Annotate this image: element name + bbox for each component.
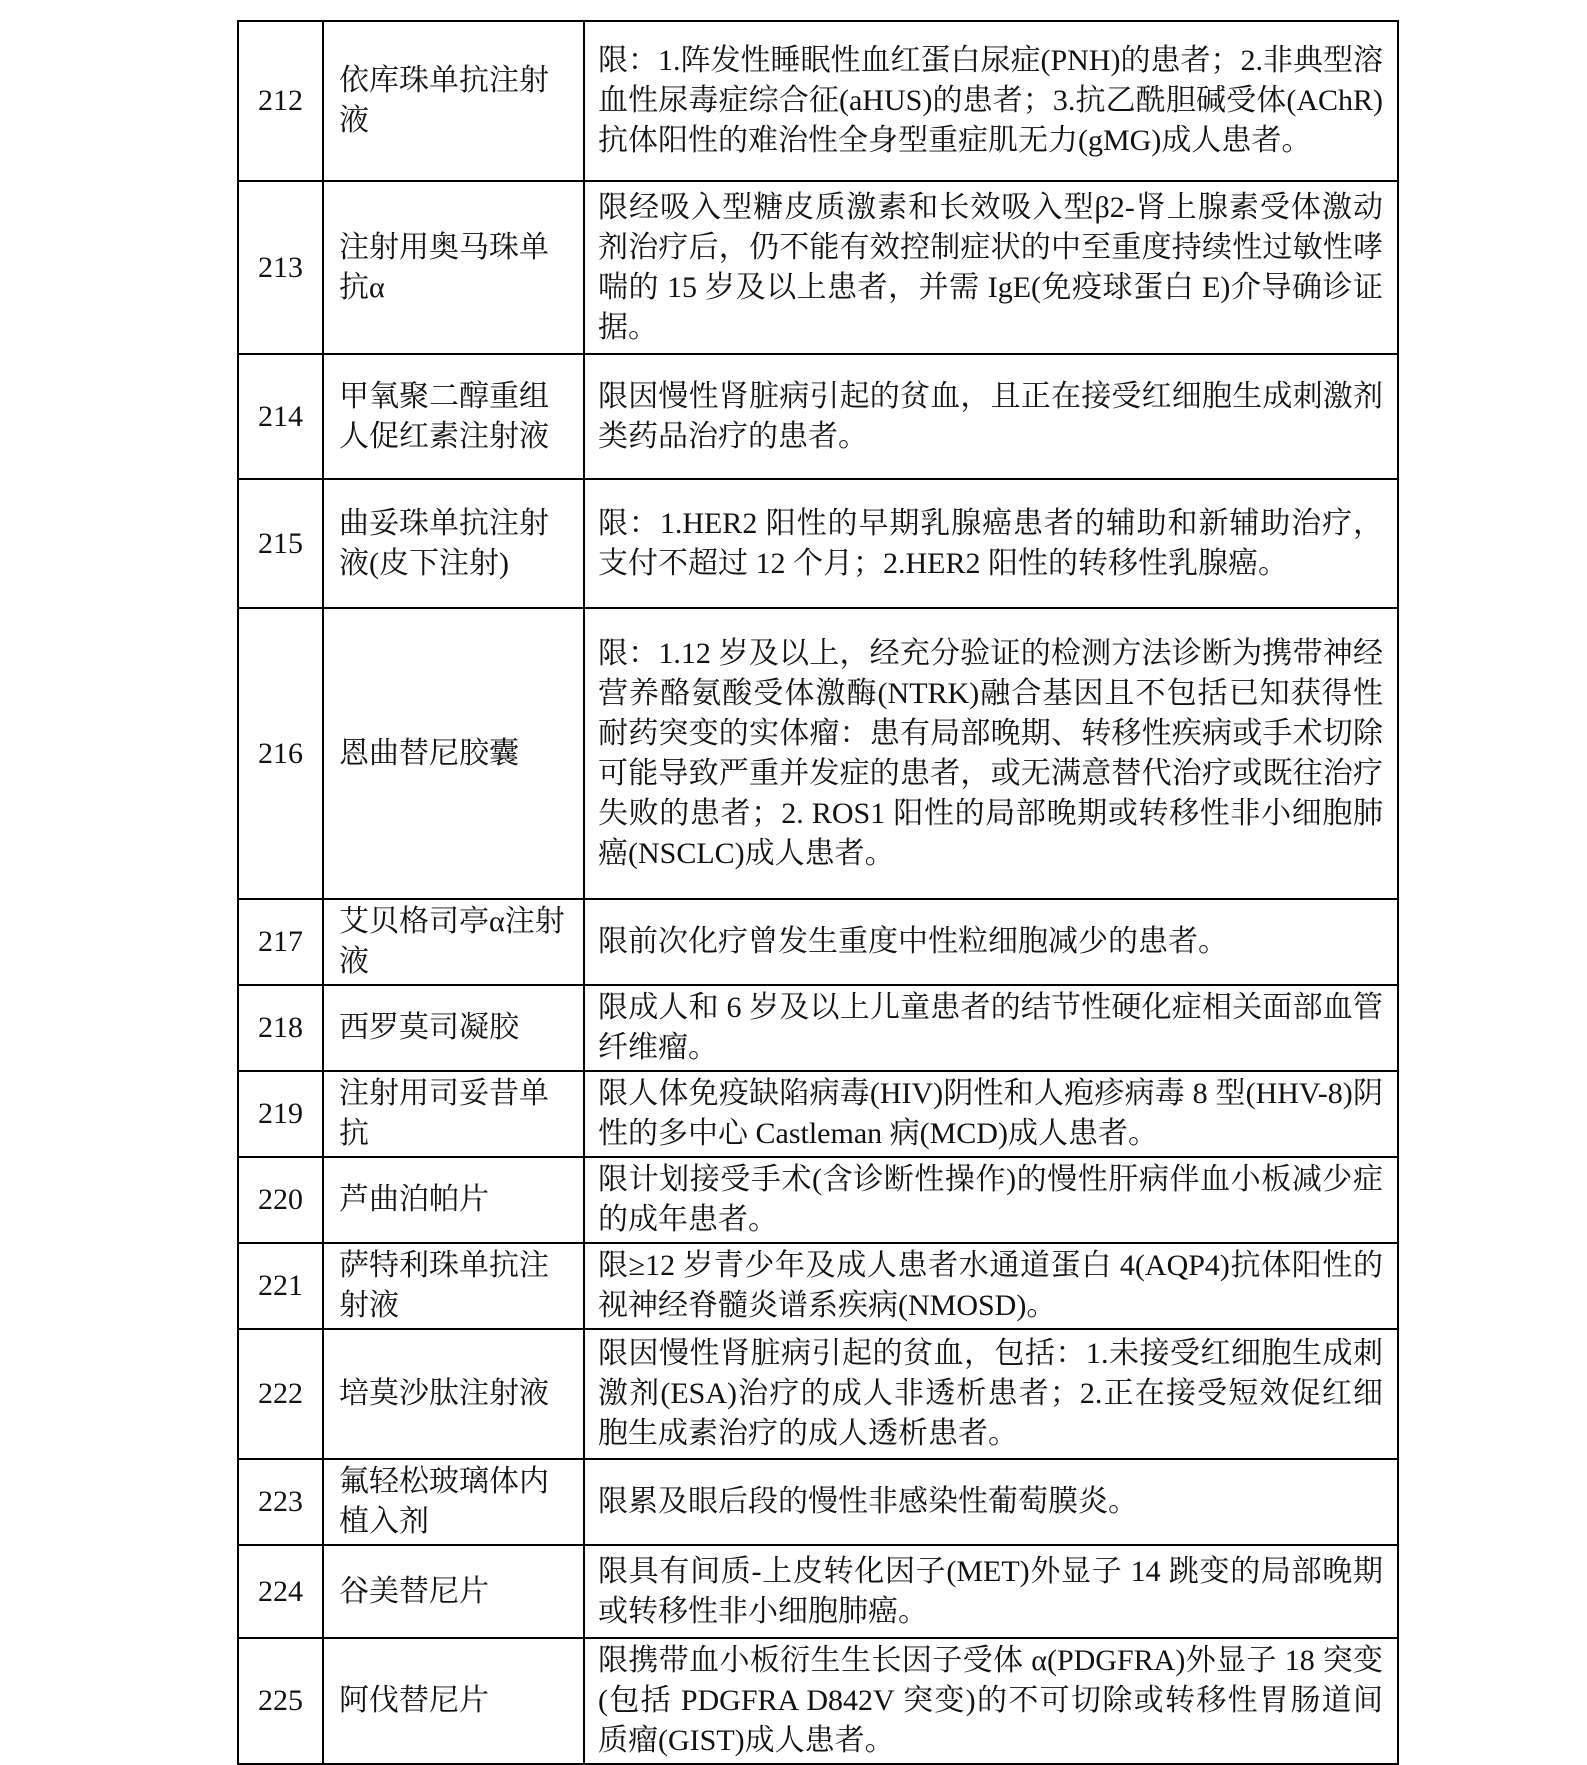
table-row: 218西罗莫司凝胶限成人和 6 岁及以上儿童患者的结节性硬化症相关面部血管纤维瘤…	[238, 985, 1398, 1071]
drug-name-cell: 注射用司妥昔单抗	[323, 1071, 584, 1157]
row-number-cell: 221	[238, 1243, 323, 1329]
table-row: 220芦曲泊帕片限计划接受手术(含诊断性操作)的慢性肝病伴血小板减少症的成年患者…	[238, 1157, 1398, 1243]
row-number-cell: 216	[238, 608, 323, 899]
table-row: 214甲氧聚二醇重组人促红素注射液限因慢性肾脏病引起的贫血，且正在接受红细胞生成…	[238, 354, 1398, 479]
restriction-text-cell: 限：1.阵发性睡眠性血红蛋白尿症(PNH)的患者；2.非典型溶血性尿毒症综合征(…	[584, 21, 1398, 181]
restriction-text-cell: 限携带血小板衍生生长因子受体 α(PDGFRA)外显子 18 突变(包括 PDG…	[584, 1638, 1398, 1764]
drug-name-cell: 芦曲泊帕片	[323, 1157, 584, 1243]
drug-name-cell: 艾贝格司亭α注射液	[323, 899, 584, 985]
row-number-cell: 219	[238, 1071, 323, 1157]
row-number-cell: 218	[238, 985, 323, 1071]
drug-name-cell: 曲妥珠单抗注射液(皮下注射)	[323, 479, 584, 608]
table-row: 213注射用奥马珠单抗α限经吸入型糖皮质激素和长效吸入型β2-肾上腺素受体激动剂…	[238, 181, 1398, 354]
row-number-cell: 217	[238, 899, 323, 985]
drug-name-cell: 氟轻松玻璃体内植入剂	[323, 1459, 584, 1545]
drug-name-cell: 恩曲替尼胶囊	[323, 608, 584, 899]
drug-name-cell: 西罗莫司凝胶	[323, 985, 584, 1071]
restriction-text-cell: 限：1.HER2 阳性的早期乳腺癌患者的辅助和新辅助治疗，支付不超过 12 个月…	[584, 479, 1398, 608]
table-row: 224谷美替尼片限具有间质-上皮转化因子(MET)外显子 14 跳变的局部晚期或…	[238, 1545, 1398, 1638]
drug-restriction-table: 212依库珠单抗注射液限：1.阵发性睡眠性血红蛋白尿症(PNH)的患者；2.非典…	[237, 20, 1399, 1765]
table-row: 219注射用司妥昔单抗限人体免疫缺陷病毒(HIV)阴性和人疱疹病毒 8 型(HH…	[238, 1071, 1398, 1157]
drug-name-cell: 依库珠单抗注射液	[323, 21, 584, 181]
row-number-cell: 222	[238, 1329, 323, 1459]
drug-name-cell: 培莫沙肽注射液	[323, 1329, 584, 1459]
drug-name-cell: 甲氧聚二醇重组人促红素注射液	[323, 354, 584, 479]
table-row: 222培莫沙肽注射液限因慢性肾脏病引起的贫血，包括：1.未接受红细胞生成刺激剂(…	[238, 1329, 1398, 1459]
row-number-cell: 213	[238, 181, 323, 354]
table-row: 217艾贝格司亭α注射液限前次化疗曾发生重度中性粒细胞减少的患者。	[238, 899, 1398, 985]
drug-name-cell: 注射用奥马珠单抗α	[323, 181, 584, 354]
restriction-text-cell: 限：1.12 岁及以上，经充分验证的检测方法诊断为携带神经营养酪氨酸受体激酶(N…	[584, 608, 1398, 899]
restriction-text-cell: 限累及眼后段的慢性非感染性葡萄膜炎。	[584, 1459, 1398, 1545]
row-number-cell: 225	[238, 1638, 323, 1764]
restriction-text-cell: 限前次化疗曾发生重度中性粒细胞减少的患者。	[584, 899, 1398, 985]
row-number-cell: 214	[238, 354, 323, 479]
table-row: 221萨特利珠单抗注射液限≥12 岁青少年及成人患者水通道蛋白 4(AQP4)抗…	[238, 1243, 1398, 1329]
restriction-text-cell: 限≥12 岁青少年及成人患者水通道蛋白 4(AQP4)抗体阳性的视神经脊髓炎谱系…	[584, 1243, 1398, 1329]
drug-name-cell: 谷美替尼片	[323, 1545, 584, 1638]
drug-name-cell: 萨特利珠单抗注射液	[323, 1243, 584, 1329]
row-number-cell: 223	[238, 1459, 323, 1545]
row-number-cell: 212	[238, 21, 323, 181]
table-row: 215曲妥珠单抗注射液(皮下注射)限：1.HER2 阳性的早期乳腺癌患者的辅助和…	[238, 479, 1398, 608]
row-number-cell: 215	[238, 479, 323, 608]
restriction-text-cell: 限人体免疫缺陷病毒(HIV)阴性和人疱疹病毒 8 型(HHV-8)阴性的多中心 …	[584, 1071, 1398, 1157]
table-row: 225阿伐替尼片限携带血小板衍生生长因子受体 α(PDGFRA)外显子 18 突…	[238, 1638, 1398, 1764]
row-number-cell: 220	[238, 1157, 323, 1243]
table-row: 223氟轻松玻璃体内植入剂限累及眼后段的慢性非感染性葡萄膜炎。	[238, 1459, 1398, 1545]
row-number-cell: 224	[238, 1545, 323, 1638]
table-row: 216恩曲替尼胶囊限：1.12 岁及以上，经充分验证的检测方法诊断为携带神经营养…	[238, 608, 1398, 899]
restriction-text-cell: 限因慢性肾脏病引起的贫血，包括：1.未接受红细胞生成刺激剂(ESA)治疗的成人非…	[584, 1329, 1398, 1459]
restriction-text-cell: 限计划接受手术(含诊断性操作)的慢性肝病伴血小板减少症的成年患者。	[584, 1157, 1398, 1243]
drug-name-cell: 阿伐替尼片	[323, 1638, 584, 1764]
restriction-text-cell: 限成人和 6 岁及以上儿童患者的结节性硬化症相关面部血管纤维瘤。	[584, 985, 1398, 1071]
restriction-table-body: 212依库珠单抗注射液限：1.阵发性睡眠性血红蛋白尿症(PNH)的患者；2.非典…	[238, 21, 1398, 1764]
restriction-text-cell: 限具有间质-上皮转化因子(MET)外显子 14 跳变的局部晚期或转移性非小细胞肺…	[584, 1545, 1398, 1638]
restriction-text-cell: 限经吸入型糖皮质激素和长效吸入型β2-肾上腺素受体激动剂治疗后，仍不能有效控制症…	[584, 181, 1398, 354]
document-page: 212依库珠单抗注射液限：1.阵发性睡眠性血红蛋白尿症(PNH)的患者；2.非典…	[0, 0, 1587, 1765]
restriction-text-cell: 限因慢性肾脏病引起的贫血，且正在接受红细胞生成刺激剂类药品治疗的患者。	[584, 354, 1398, 479]
table-row: 212依库珠单抗注射液限：1.阵发性睡眠性血红蛋白尿症(PNH)的患者；2.非典…	[238, 21, 1398, 181]
